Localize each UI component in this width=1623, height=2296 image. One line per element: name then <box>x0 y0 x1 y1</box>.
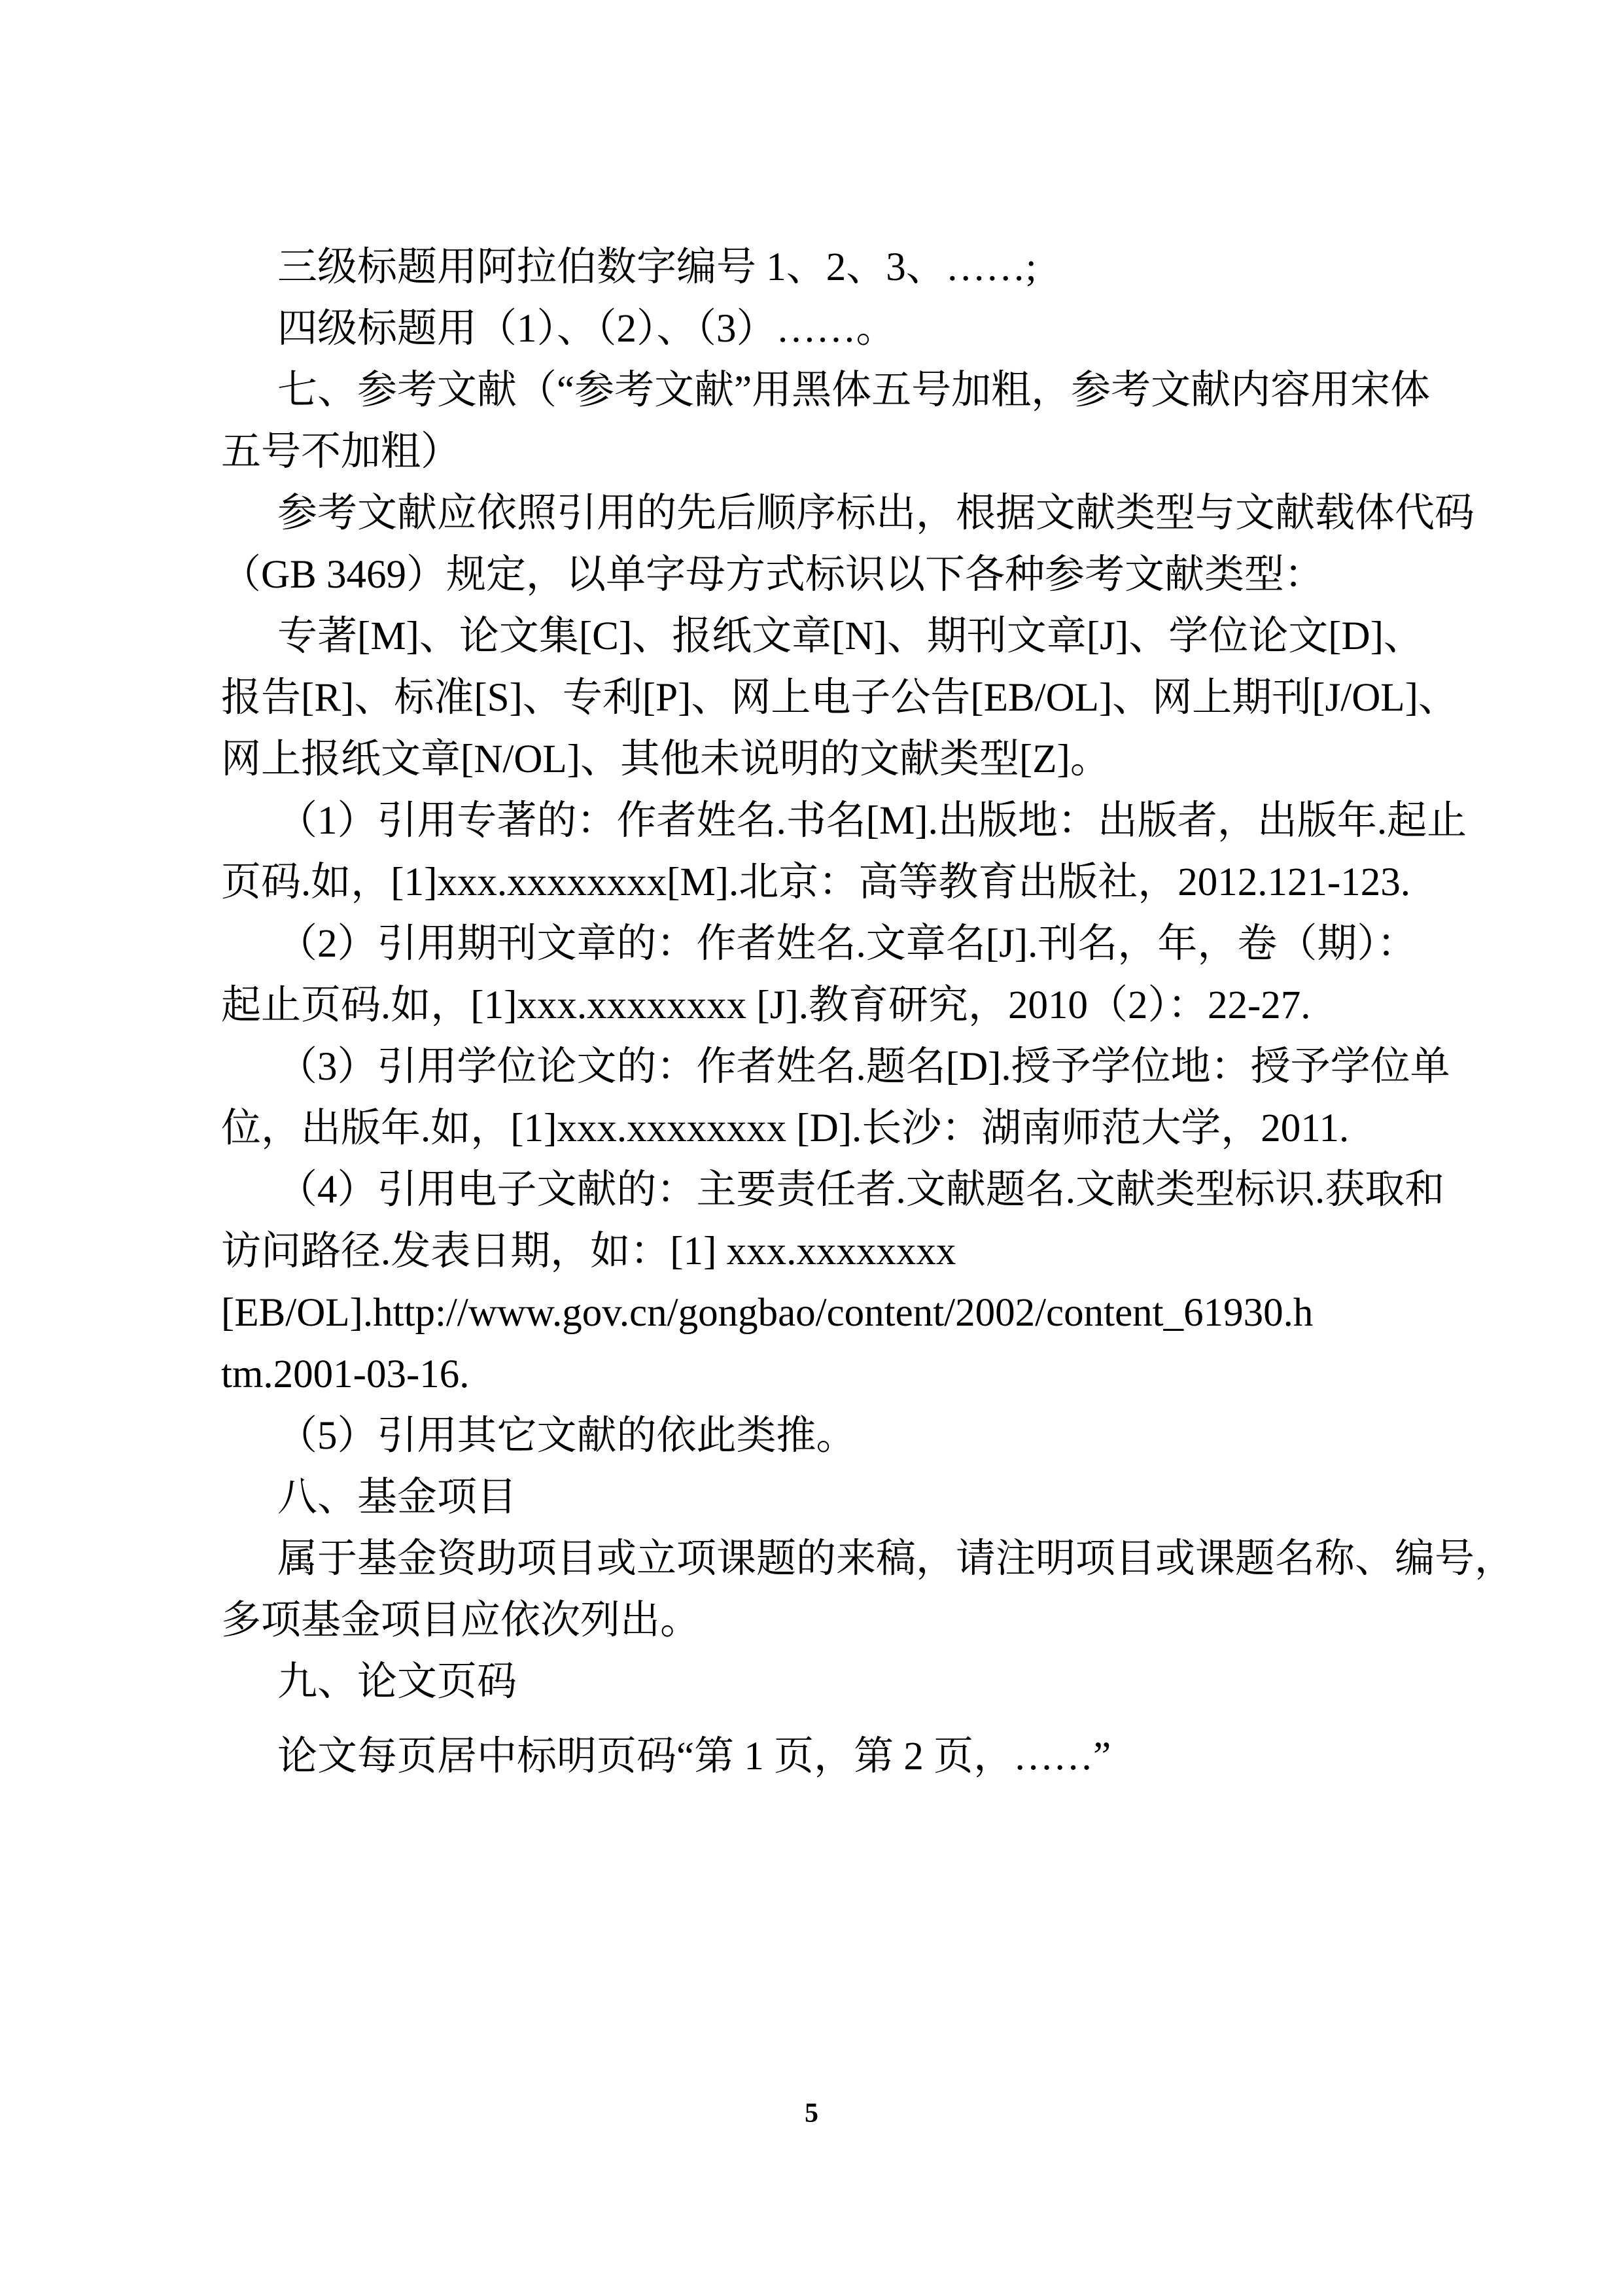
text-line: （4）引用电子文献的：主要责任者.文献题名.文献类型标识.获取和 <box>221 1159 1406 1221</box>
text-line: 四级标题用（1）、（2）、（3）……。 <box>221 298 1406 360</box>
text-line: 三级标题用阿拉伯数字编号 1、2、3、……; <box>221 237 1406 298</box>
text-line: （3）引用学位论文的：作者姓名.题名[D].授予学位地：授予学位单 <box>221 1036 1406 1098</box>
text-line: 访问路径.发表日期，如：[1] xxx.xxxxxxxx <box>221 1221 1406 1282</box>
text-line: 多项基金项目应依次列出。 <box>221 1590 1406 1651</box>
text-line: （5）引用其它文献的依此类推。 <box>221 1405 1406 1467</box>
page-number: 5 <box>0 2097 1623 2130</box>
text-line: 页码.如，[1]xxx.xxxxxxxx[M].北京：高等教育出版社，2012.… <box>221 852 1406 913</box>
text-line: 报告[R]、标准[S]、专利[P]、网上电子公告[EB/OL]、网上期刊[J/O… <box>221 667 1406 729</box>
text-line: 七、参考文献（“参考文献”用黑体五号加粗，参考文献内容用宋体 <box>221 360 1406 421</box>
text-line: 位，出版年.如，[1]xxx.xxxxxxxx [D].长沙：湖南师范大学，20… <box>221 1098 1406 1159</box>
text-line: [EB/OL].http://www.gov.cn/gongbao/conten… <box>221 1282 1406 1344</box>
text-line: 网上报纸文章[N/OL]、其他未说明的文献类型[Z]。 <box>221 729 1406 790</box>
text-line: （GB 3469）规定，以单字母方式标识以下各种参考文献类型： <box>221 544 1406 606</box>
text-line: 专著[M]、论文集[C]、报纸文章[N]、期刊文章[J]、学位论文[D]、 <box>221 606 1406 667</box>
text-line: 八、基金项目 <box>221 1467 1406 1528</box>
document-page: 三级标题用阿拉伯数字编号 1、2、3、……;四级标题用（1）、（2）、（3）……… <box>0 0 1623 2296</box>
document-body: 三级标题用阿拉伯数字编号 1、2、3、……;四级标题用（1）、（2）、（3）……… <box>221 237 1406 1788</box>
text-line: （1）引用专著的：作者姓名.书名[M].出版地：出版者，出版年.起止 <box>221 790 1406 852</box>
text-line: 论文每页居中标明页码“第 1 页，第 2 页，……” <box>221 1726 1406 1788</box>
text-line: 九、论文页码 <box>221 1651 1406 1713</box>
text-line: 起止页码.如，[1]xxx.xxxxxxxx [J].教育研究，2010（2）：… <box>221 975 1406 1036</box>
text-line: 五号不加粗） <box>221 421 1406 483</box>
text-line: tm.2001-03-16. <box>221 1344 1406 1405</box>
text-line: 参考文献应依照引用的先后顺序标出，根据文献类型与文献载体代码 <box>221 483 1406 544</box>
text-line: （2）引用期刊文章的：作者姓名.文章名[J].刊名，年，卷（期）： <box>221 913 1406 975</box>
text-line: 属于基金资助项目或立项课题的来稿，请注明项目或课题名称、编号， <box>221 1528 1406 1590</box>
